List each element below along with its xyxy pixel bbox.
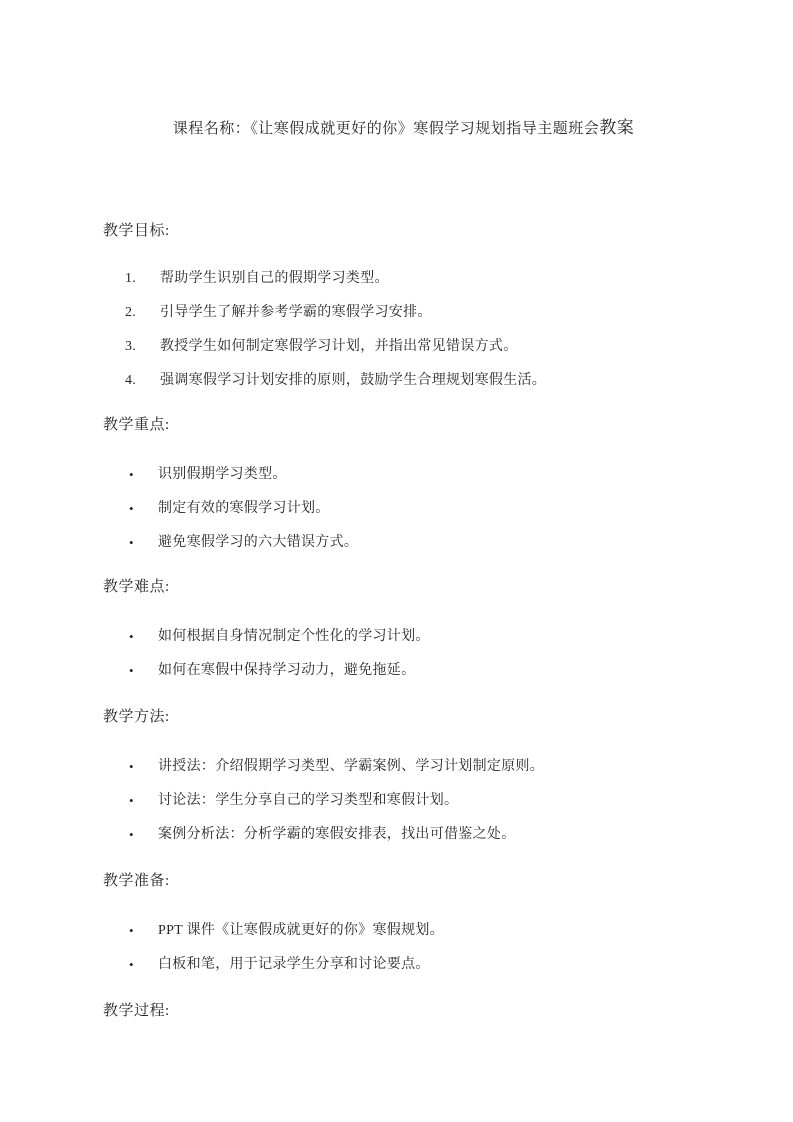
bullet-icon: •	[129, 533, 158, 553]
section-heading-preparation: 教学准备:	[103, 871, 793, 891]
bullet-icon: •	[129, 791, 158, 811]
section-heading-difficulties: 教学难点:	[103, 577, 793, 597]
item-text: 强调寒假学习计划安排的原则，鼓励学生合理规划寒假生活。	[160, 371, 793, 391]
number-marker: 2.	[125, 303, 160, 323]
list-item: • 如何在寒假中保持学习动力，避免拖延。	[0, 661, 793, 681]
section-heading-process: 教学过程:	[103, 1001, 793, 1021]
page-title-main: 课程名称：《让寒假成就更好的你》寒假学习规划指导主题班会	[173, 121, 600, 137]
list-item: 4. 强调寒假学习计划安排的原则，鼓励学生合理规划寒假生活。	[0, 371, 793, 391]
item-text: 如何根据自身情况制定个性化的学习计划。	[158, 627, 793, 647]
list-item: • 白板和笔，用于记录学生分享和讨论要点。	[0, 955, 793, 975]
bullet-list-key-points: • 识别假期学习类型。 • 制定有效的寒假学习计划。 • 避免寒假学习的六大错误…	[0, 465, 793, 553]
list-item: 2. 引导学生了解并参考学霸的寒假学习安排。	[0, 303, 793, 323]
bullet-icon: •	[129, 955, 158, 975]
number-marker: 4.	[125, 371, 160, 391]
list-item: • PPT 课件《让寒假成就更好的你》寒假规划。	[0, 921, 793, 941]
item-text: 案例分析法：分析学霸的寒假安排表，找出可借鉴之处。	[158, 825, 793, 845]
section-heading-objectives: 教学目标:	[103, 221, 793, 241]
list-item: • 制定有效的寒假学习计划。	[0, 499, 793, 519]
bullet-icon: •	[129, 499, 158, 519]
item-text: 制定有效的寒假学习计划。	[158, 499, 793, 519]
bullet-list-methods: • 讲授法：介绍假期学习类型、学霸案例、学习计划制定原则。 • 讨论法：学生分享…	[0, 757, 793, 845]
section-heading-key-points: 教学重点:	[103, 415, 793, 435]
page-title: 课程名称：《让寒假成就更好的你》寒假学习规划指导主题班会教案	[0, 0, 793, 139]
bullet-icon: •	[129, 757, 158, 777]
ordered-list-objectives: 1. 帮助学生识别自己的假期学习类型。 2. 引导学生了解并参考学霸的寒假学习安…	[0, 269, 793, 391]
item-text: 讲授法：介绍假期学习类型、学霸案例、学习计划制定原则。	[158, 757, 793, 777]
section-heading-methods: 教学方法:	[103, 707, 793, 727]
item-text: 如何在寒假中保持学习动力，避免拖延。	[158, 661, 793, 681]
list-item: • 案例分析法：分析学霸的寒假安排表，找出可借鉴之处。	[0, 825, 793, 845]
list-item: • 讨论法：学生分享自己的学习类型和寒假计划。	[0, 791, 793, 811]
number-marker: 1.	[125, 269, 160, 289]
item-text: 白板和笔，用于记录学生分享和讨论要点。	[158, 955, 793, 975]
bullet-list-difficulties: • 如何根据自身情况制定个性化的学习计划。 • 如何在寒假中保持学习动力，避免拖…	[0, 627, 793, 681]
list-item: • 识别假期学习类型。	[0, 465, 793, 485]
list-item: 1. 帮助学生识别自己的假期学习类型。	[0, 269, 793, 289]
item-text: 讨论法：学生分享自己的学习类型和寒假计划。	[158, 791, 793, 811]
list-item: • 避免寒假学习的六大错误方式。	[0, 533, 793, 553]
page-title-suffix: 教案	[599, 118, 634, 137]
bullet-icon: •	[129, 465, 158, 485]
bullet-icon: •	[129, 661, 158, 681]
item-text: PPT 课件《让寒假成就更好的你》寒假规划。	[158, 921, 793, 941]
list-item: • 讲授法：介绍假期学习类型、学霸案例、学习计划制定原则。	[0, 757, 793, 777]
item-text: 避免寒假学习的六大错误方式。	[158, 533, 793, 553]
document-page: 课程名称：《让寒假成就更好的你》寒假学习规划指导主题班会教案 教学目标: 1. …	[0, 0, 793, 1122]
item-text: 帮助学生识别自己的假期学习类型。	[160, 269, 793, 289]
item-text: 引导学生了解并参考学霸的寒假学习安排。	[160, 303, 793, 323]
list-item: 3. 教授学生如何制定寒假学习计划，并指出常见错误方式。	[0, 337, 793, 357]
item-text: 教授学生如何制定寒假学习计划，并指出常见错误方式。	[160, 337, 793, 357]
number-marker: 3.	[125, 337, 160, 357]
bullet-icon: •	[129, 825, 158, 845]
bullet-icon: •	[129, 921, 158, 941]
bullet-icon: •	[129, 627, 158, 647]
list-item: • 如何根据自身情况制定个性化的学习计划。	[0, 627, 793, 647]
bullet-list-preparation: • PPT 课件《让寒假成就更好的你》寒假规划。 • 白板和笔，用于记录学生分享…	[0, 921, 793, 975]
item-text: 识别假期学习类型。	[158, 465, 793, 485]
